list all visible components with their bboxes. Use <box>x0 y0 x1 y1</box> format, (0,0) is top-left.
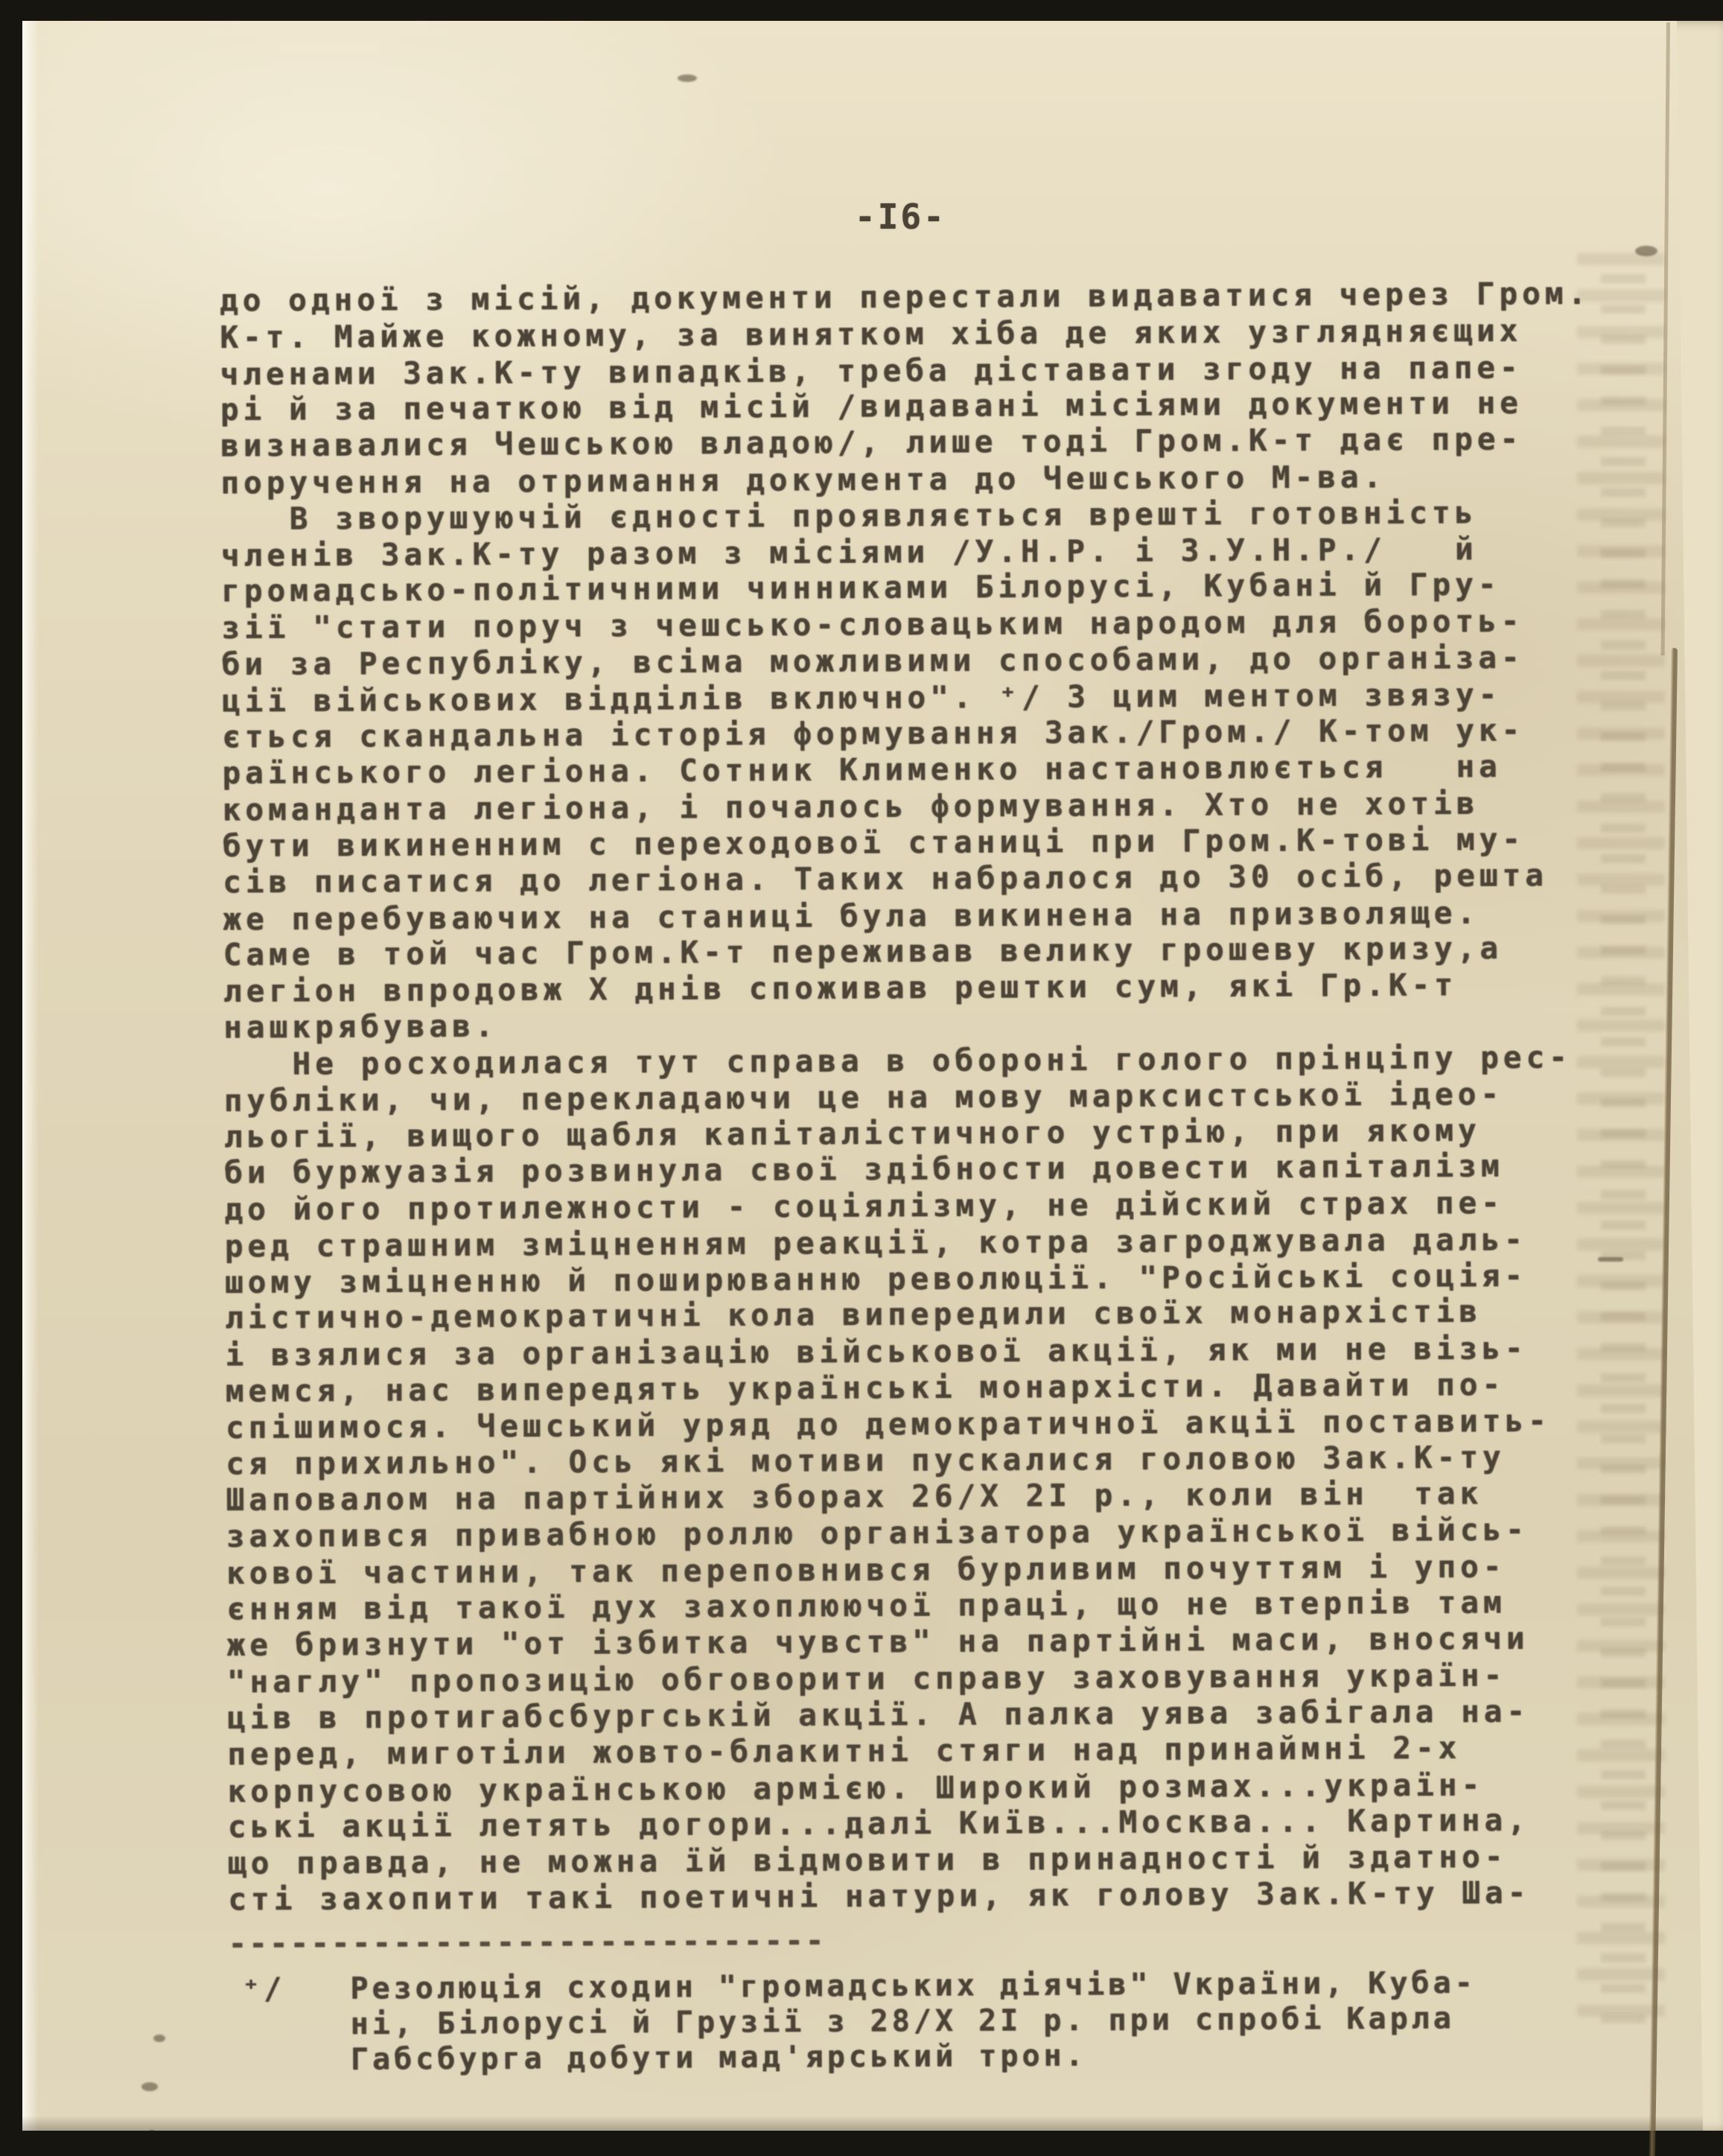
ink-speck <box>1598 1257 1623 1262</box>
text-line: Габсбурга добути мад'ярський трон. <box>242 2035 1658 2078</box>
text-line: команданта легіона, і почалось формуванн… <box>223 785 1652 829</box>
text-line: поручення на отримання документа до Чешс… <box>220 458 1650 502</box>
text-line: би буржуазія розвинула свої здібности до… <box>224 1148 1654 1192</box>
text-line: ся прихильно". Ось які мотиви пускалися … <box>226 1438 1655 1482</box>
text-line: сті захопити такі поетичні натури, як го… <box>228 1874 1657 1918</box>
text-line: лістично-демократичні кола випередили св… <box>225 1293 1654 1337</box>
footnote-separator: ----------------------------- <box>229 1918 1658 1962</box>
text-line: корпусовою українською армією. Широкий р… <box>227 1766 1657 1810</box>
ink-speck <box>147 2130 156 2143</box>
text-line: ⁺/ Резолюція сходин "громадських діячів"… <box>242 1965 1658 2007</box>
ink-speck <box>678 74 697 82</box>
text-line: перед, миготіли жовто-блакитні стяги над… <box>227 1729 1657 1772</box>
text-line: же перебуваючих на станиці була викинена… <box>223 894 1652 938</box>
body-lines: до одної з місій, документи перестали ви… <box>220 276 1657 1918</box>
ink-speck <box>153 2035 165 2042</box>
ink-speck <box>141 2082 158 2091</box>
text-line: громадсько-політичними чинниками Білорус… <box>221 566 1651 610</box>
body-text: до одної з місій, документи перестали ви… <box>220 276 1659 2078</box>
text-line: сів писатися до легіона. Таких набралося… <box>223 856 1652 900</box>
text-line: ється скандальна історія формування Зак.… <box>222 711 1652 755</box>
text-line: нашкрябував. <box>223 1002 1653 1046</box>
bleed-through-texture <box>1601 268 1646 2041</box>
text-line: до одної з місій, документи перестали ви… <box>220 275 1649 319</box>
text-line: членами Зак.К-ту випадків, треба дістава… <box>220 349 1650 392</box>
text-line: "наглу" пропозицію обговорити справу зах… <box>227 1657 1657 1701</box>
ink-speck <box>1635 246 1657 256</box>
page-number: -I6- <box>855 200 946 234</box>
scan-backdrop: { "page": { "number": "-I6-" }, "doc": {… <box>0 0 1723 2156</box>
footnote: ⁺/ Резолюція сходин "громадських діячів"… <box>242 1965 1659 2078</box>
document-page: -I6- до одної з місій, документи переста… <box>22 21 1723 2131</box>
text-line: ред страшним зміцненням реакції, котра з… <box>225 1221 1654 1265</box>
text-line: визнавалися Чешською владою/, лише тоді … <box>220 421 1650 465</box>
text-line: і взялися за організацію військової акці… <box>225 1330 1654 1374</box>
text-line: єнням від такої дух захоплюючої праці, щ… <box>226 1583 1656 1627</box>
